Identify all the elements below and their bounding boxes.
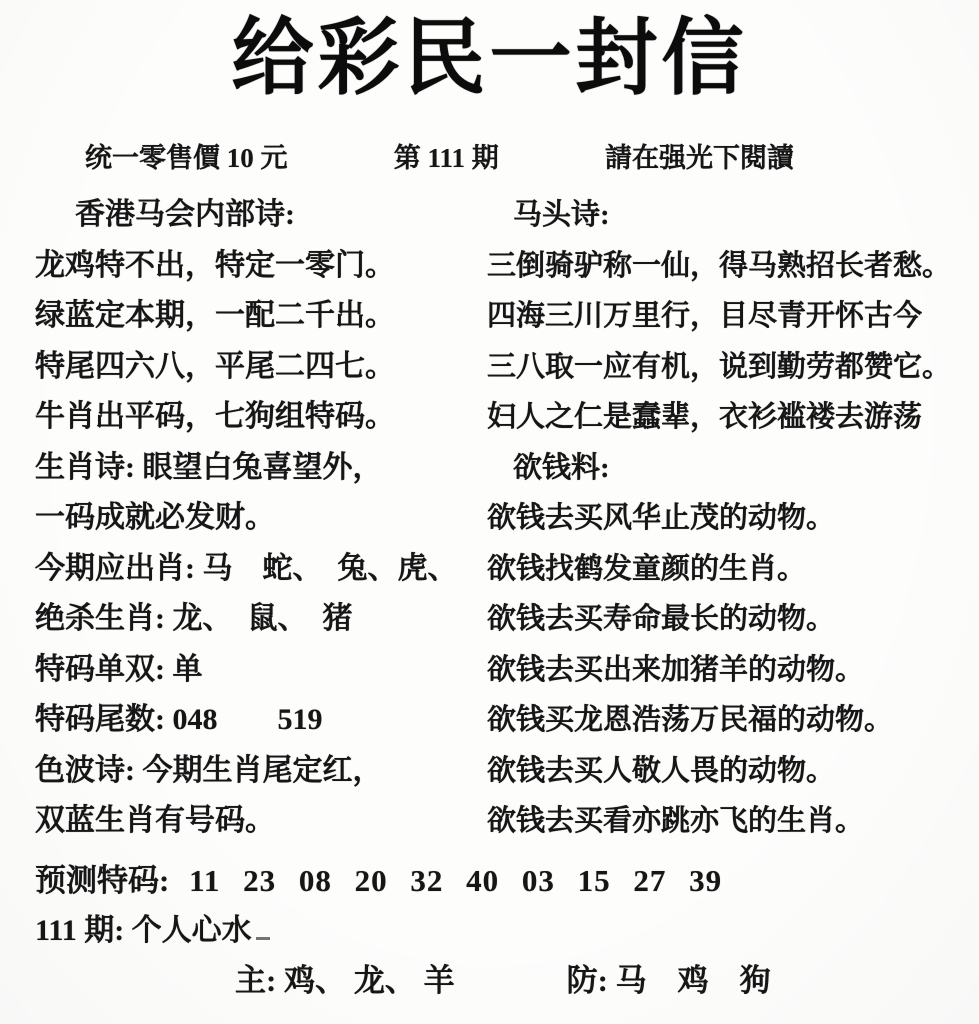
personal-pick-row: 111 期: 个人心水 — [35, 906, 961, 955]
horse-head-poem-line: 三倒骑驴称一仙，得马熟招长者愁。 — [487, 241, 961, 292]
poem-line: 特尾四六八，平尾二四七。 — [35, 342, 487, 393]
money-clues-heading: 欲钱料: — [487, 443, 961, 494]
money-clue-line: 欲钱去买出来加猪羊的动物。 — [487, 645, 961, 696]
page-title: 给彩民一封信 — [231, 15, 747, 103]
color-wave-line: 双蓝生肖有号码。 — [35, 796, 487, 847]
subtitle-row: 统一零售價 10 元 第 111 期 請在强光下閱讀 — [85, 136, 794, 175]
main-picks-label: 主: 鸡、 龙、 羊 — [235, 955, 455, 1007]
money-clue-line: 欲钱找鹤发童颜的生肖。 — [487, 544, 961, 595]
zodiac-poem-line: 生肖诗: 眼望白兔喜望外， — [35, 443, 487, 494]
expected-zodiac-line: 今期应出肖: 马 蛇、 兔、虎、 — [35, 544, 487, 595]
money-clue-line: 欲钱买龙恩浩荡万民福的动物。 — [487, 695, 961, 746]
main-guard-row: 主: 鸡、 龙、 羊 防: 马 鸡 狗 — [35, 955, 961, 1007]
issue-number-label: 第 111 期 — [394, 136, 499, 175]
left-column-heading: 香港马会内部诗: — [35, 190, 487, 241]
zodiac-poem-line: 一码成就必发财。 — [35, 493, 487, 544]
money-clue-line: 欲钱去买寿命最长的动物。 — [487, 594, 961, 645]
main-columns: 香港马会内部诗: 龙鸡特不出，特定一零门。 绿蓝定本期，一配二千出。 特尾四六八… — [35, 190, 961, 847]
page-title-wrap: 给彩民一封信 — [0, 16, 979, 102]
excluded-zodiac-line: 绝杀生肖: 龙、 鼠、 猪 — [35, 594, 487, 645]
right-column-heading: 马头诗: — [487, 190, 961, 241]
reading-notice-label: 請在强光下閱讀 — [605, 136, 794, 175]
poem-line: 牛肖出平码，七狗组特码。 — [35, 392, 487, 443]
poem-line: 绿蓝定本期，一配二千出。 — [35, 291, 487, 342]
predicted-numbers-label: 预测特码: — [35, 863, 169, 898]
horse-head-poem-line: 妇人之仁是蠢辈，衣衫褴褛去游荡 — [487, 392, 961, 443]
poem-line: 龙鸡特不出，特定一零门。 — [35, 241, 487, 292]
scanned-page: 给彩民一封信 给彩民一封信 统一零售價 10 元 第 111 期 請在强光下閱讀… — [0, 0, 979, 1024]
predicted-numbers-row: 预测特码: 11 23 08 20 32 40 03 15 27 39 — [35, 856, 961, 906]
title-scan-smear: 给彩民一封信 — [0, 108, 979, 134]
scan-artifact-mark — [256, 937, 270, 940]
tail-numbers-line: 特码尾数: 048 519 — [35, 695, 487, 746]
odd-even-line: 特码单双: 单 — [35, 645, 487, 696]
horse-head-poem-line: 三八取一应有机，说到勤劳都赞它。 — [487, 342, 961, 393]
footer-section: 预测特码: 11 23 08 20 32 40 03 15 27 39 111 … — [35, 856, 961, 1007]
price-label: 统一零售價 10 元 — [85, 136, 288, 175]
money-clue-line: 欲钱去买风华止茂的动物。 — [487, 493, 961, 544]
predicted-numbers-value: 11 23 08 20 32 40 03 15 27 39 — [177, 863, 722, 898]
color-wave-line: 色波诗: 今期生肖尾定红， — [35, 746, 487, 797]
money-clue-line: 欲钱去买人敬人畏的动物。 — [487, 746, 961, 797]
right-column: 马头诗: 三倒骑驴称一仙，得马熟招长者愁。 四海三川万里行，目尽青开怀古今 三八… — [487, 190, 961, 847]
money-clue-line: 欲钱去买看亦跳亦飞的生肖。 — [487, 796, 961, 847]
horse-head-poem-line: 四海三川万里行，目尽青开怀古今 — [487, 291, 961, 342]
guard-picks-label: 防: 马 鸡 狗 — [567, 955, 771, 1007]
personal-pick-text: 111 期: 个人心水 — [35, 914, 252, 947]
left-column: 香港马会内部诗: 龙鸡特不出，特定一零门。 绿蓝定本期，一配二千出。 特尾四六八… — [35, 190, 487, 847]
